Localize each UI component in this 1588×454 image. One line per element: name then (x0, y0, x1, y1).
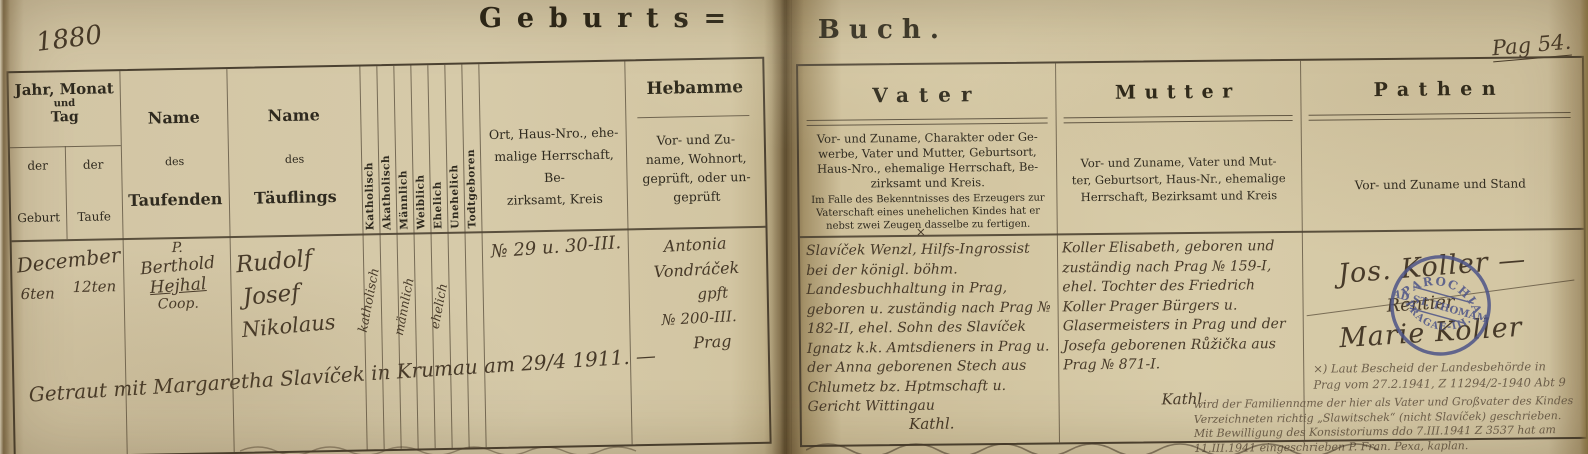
column-header-todtgeboren: Todtgeboren (463, 72, 482, 228)
page-title-left: Geburts= (420, 3, 800, 34)
record-birth-day: 6ten (20, 284, 54, 303)
record-mark-ehelich: ehelich (427, 282, 450, 330)
column-header-unehelich: Unehelich (446, 73, 465, 229)
register-book-scan: 1880 Geburts= Buch. Pag 54. Jahr, Monat … (0, 0, 1588, 454)
baptizer-des-label: des (121, 154, 228, 169)
title-rule-father (807, 118, 1048, 127)
child-name-label: Name (227, 105, 360, 127)
column-header-father-sub: Vor- und Zuname, Charakter oder Ge- werb… (805, 129, 1051, 192)
year-annotation: 1880 (34, 20, 103, 58)
date-header-line1: Jahr, Monat (9, 79, 120, 99)
column-divider (1300, 61, 1305, 440)
date-header-line3: Tag (9, 108, 120, 126)
column-header-maennlich: Männlich (395, 74, 414, 230)
right-book-edge (1580, 0, 1588, 454)
record-child-name: Rudolf Josef Nikolaus (235, 238, 369, 346)
record-mother-text: Koller Elisabeth, geboren und zuständig … (1062, 237, 1299, 376)
column-header-midwife-sub: Vor- und Zu- name, Wohnort, geprüft, ode… (630, 129, 763, 208)
right-page-table: Vater Mutter Pathen Vor- und Zuname, Cha… (796, 56, 1588, 447)
record-marriage-note: Getraut mit Margaretha Slavíček in Kruma… (28, 343, 656, 406)
record-father-text: Slavíček Wenzl, Hilfs-Ingrossist bei der… (806, 239, 1054, 417)
column-header-baptism-date: der Taufe (65, 157, 122, 224)
column-header-baptizer: Name des Taufenden (120, 107, 229, 210)
gutter-page-edge-line (786, 0, 787, 454)
child-label: Täuflings (229, 187, 362, 209)
birth-sub-der: der (10, 158, 65, 173)
record-annotation-intro: ×) Laut Bescheid der Landesbehörde in Pr… (1313, 358, 1581, 393)
column-header-birth-date: der Geburt (10, 158, 66, 225)
column-header-ehelich: Ehelich (429, 73, 448, 229)
title-rule-godparents (1309, 112, 1571, 121)
baptizer-label: Taufenden (122, 189, 229, 210)
illegible-handwriting (240, 445, 670, 454)
left-book-edge (0, 0, 10, 454)
record-baptizer: P. Berthold Hejhal Coop. (125, 239, 231, 313)
column-header-place: Ort, Haus-Nro., ehe- malige Herrschaft, … (481, 121, 627, 212)
column-header-child: Name des Täuflings (227, 105, 362, 209)
column-header-akatholisch: Akatholisch (378, 74, 397, 230)
column-header-father-note: Im Falle des Bekenntnisses des Erzeugers… (805, 191, 1050, 233)
gutter-page-edge-line (791, 0, 792, 454)
column-header-date: Jahr, Monat und Tag (9, 79, 121, 126)
baptizer-name-label: Name (120, 107, 227, 128)
child-des-label: des (228, 152, 361, 168)
record-mark-maennlich: männlich (391, 276, 417, 336)
column-header-midwife-title: Hebamme (627, 77, 763, 100)
column-header-katholisch: Katholisch (361, 74, 380, 230)
left-page-table: Jahr, Monat und Tag der Geburt der Taufe… (6, 57, 771, 454)
title-rule-mother (1064, 115, 1293, 123)
baptism-sub-der: der (65, 157, 121, 172)
record-midwife: Antonia Vondráček gpft № 200-III. Prag (630, 229, 766, 359)
column-header-mother-sub: Vor- und Zuname, Vater und Mut- ter, Geb… (1061, 153, 1297, 206)
illegible-handwriting (806, 441, 1406, 454)
column-header-godparents-sub: Vor- und Zuname und Stand (1309, 176, 1571, 193)
record-month: December (15, 243, 122, 278)
birth-sub-geburt: Geburt (11, 210, 66, 225)
column-header-weiblich: Weiblich (412, 73, 431, 229)
record-baptism-day: 12ten (72, 277, 116, 296)
column-header-mother-title: Mutter (1055, 80, 1300, 105)
father-footnote-mark: × (916, 225, 926, 239)
column-header-father-title: Vater (798, 81, 1055, 108)
record-father-religion: Kathl. (862, 414, 1002, 433)
column-header-godparents-title: Pathen (1300, 77, 1578, 102)
column-divider (1055, 63, 1060, 442)
record-place: № 29 u. 30-III. (485, 232, 626, 263)
baptism-sub-taufe: Taufe (66, 209, 122, 224)
midwife-title-rule (637, 115, 749, 118)
page-title-right: Buch. (808, 15, 958, 45)
